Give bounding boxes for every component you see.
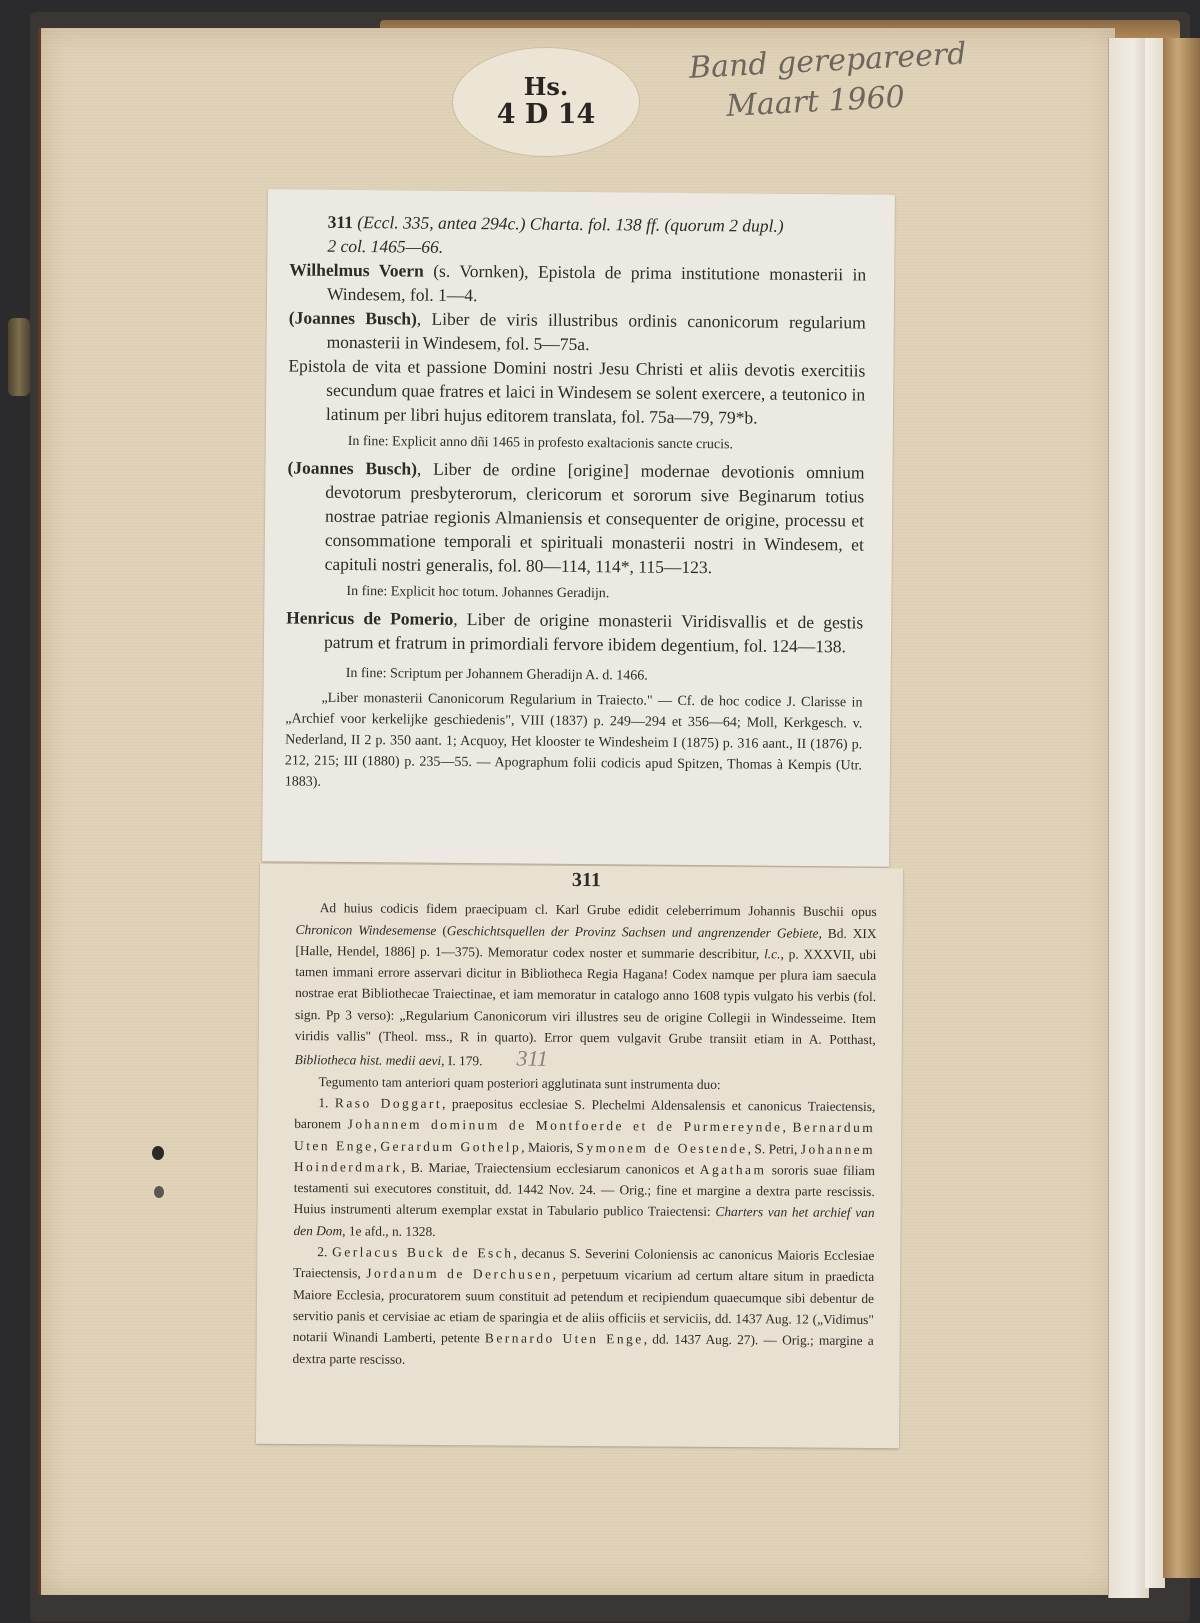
flyleaf — [1108, 38, 1149, 1598]
title-italic: Geschichtsquellen der Provinz Sachsen un… — [447, 923, 819, 941]
in-fine-2: In fine: Explicit hoc totum. Johannes Ge… — [286, 579, 863, 608]
rivet-icon — [152, 1146, 164, 1160]
header-date: 2 col. 1465—66. — [327, 236, 443, 257]
person-name: Bernardo Uten Enge — [485, 1331, 644, 1347]
flyleaf-inner — [1145, 38, 1165, 1588]
manuscript-page-edge — [1163, 38, 1200, 1578]
instrument-2: 2. Gerlacus Buck de Esch, decanus S. Sev… — [293, 1241, 875, 1373]
person-name: Symonem de Oestende — [576, 1140, 747, 1156]
entry-author: (Joannes Busch) — [287, 457, 417, 478]
codex-number: 311 — [328, 212, 353, 232]
abbrev-italic: l.c. — [764, 946, 780, 961]
rivet-icon — [154, 1186, 164, 1198]
shelfmark-label: Hs. 4 D 14 — [452, 47, 640, 157]
shelfmark-line1: Hs. — [524, 74, 569, 100]
person-name: Gerlacus Buck de Esch — [332, 1244, 513, 1260]
bibliography-note: „Liber monasterii Canonicorum Regularium… — [285, 687, 863, 797]
title-italic: Bibliotheca hist. medii aevi — [295, 1052, 442, 1068]
item-number: 2. — [317, 1244, 327, 1259]
text: , S. Petri, — [748, 1141, 801, 1156]
title-italic: Chronicon Windesemense — [296, 922, 437, 938]
item-number: 1. — [318, 1095, 328, 1110]
in-fine-1: In fine: Explicit anno dñi 1465 in profe… — [288, 429, 865, 458]
text: , Maioris, — [521, 1139, 576, 1154]
text: Ad huius codicis fidem praecipuam cl. Ka… — [320, 900, 877, 919]
handwritten-number: 311 — [492, 1048, 548, 1070]
codex-number: 311 — [296, 864, 877, 901]
catalogue-label-2: 311 Ad huius codicis fidem praecipuam cl… — [256, 864, 903, 1448]
text: , p. XXXVII, ubi tamen immani errore ass… — [295, 946, 877, 1047]
entry-text: Epistola de vita et passione Domini nost… — [288, 355, 865, 427]
shelfmark-line2: 4 D 14 — [497, 100, 596, 130]
entry-1: Wilhelmus Voern (s. Vornken), Epistola d… — [289, 257, 866, 310]
header-description: (Eccl. 335, antea 294c.) Charta. fol. 13… — [357, 212, 783, 236]
entry-2: (Joannes Busch), Liber de viris illustri… — [289, 305, 866, 358]
entry-5: Henricus de Pomerio, Liber de origine mo… — [286, 605, 863, 658]
text: , B. Mariae, Traiectensium ecclesiarum c… — [402, 1160, 700, 1177]
catalogue-label-1: 311 (Eccl. 335, antea 294c.) Charta. fol… — [262, 189, 895, 866]
text: , 1e afd., n. 1328. — [342, 1223, 435, 1239]
person-name: Johannem dominum de Montfoerde et de Pur… — [348, 1117, 783, 1135]
person-name: Gerardum Gothelp — [380, 1138, 521, 1154]
entry-author: (Joannes Busch) — [289, 307, 417, 328]
text: , — [782, 1120, 792, 1135]
header-line: 311 (Eccl. 335, antea 294c.) Charta. fol… — [289, 209, 866, 262]
in-fine-3: In fine: Scriptum per Johannem Gheradijn… — [286, 661, 863, 690]
entry-3: Epistola de vita et passione Domini nost… — [288, 353, 866, 430]
person-name: Jordanum de Derchusen — [366, 1266, 552, 1282]
paragraph-grube: Ad huius codicis fidem praecipuam cl. Ka… — [295, 897, 877, 1074]
person-name: Raso Doggart — [335, 1095, 442, 1111]
instrument-1: 1. Raso Doggart, praepositus ecclesiae S… — [293, 1092, 875, 1245]
entry-author: Henricus de Pomerio — [286, 607, 453, 628]
text: , I. 179. — [441, 1053, 482, 1068]
entry-author: Wilhelmus Voern — [289, 259, 424, 280]
entry-4: (Joannes Busch), Liber de ordine [origin… — [287, 455, 865, 580]
person-name: Agatham — [700, 1162, 767, 1177]
clasp-icon — [8, 318, 30, 396]
text: ( — [436, 923, 447, 938]
